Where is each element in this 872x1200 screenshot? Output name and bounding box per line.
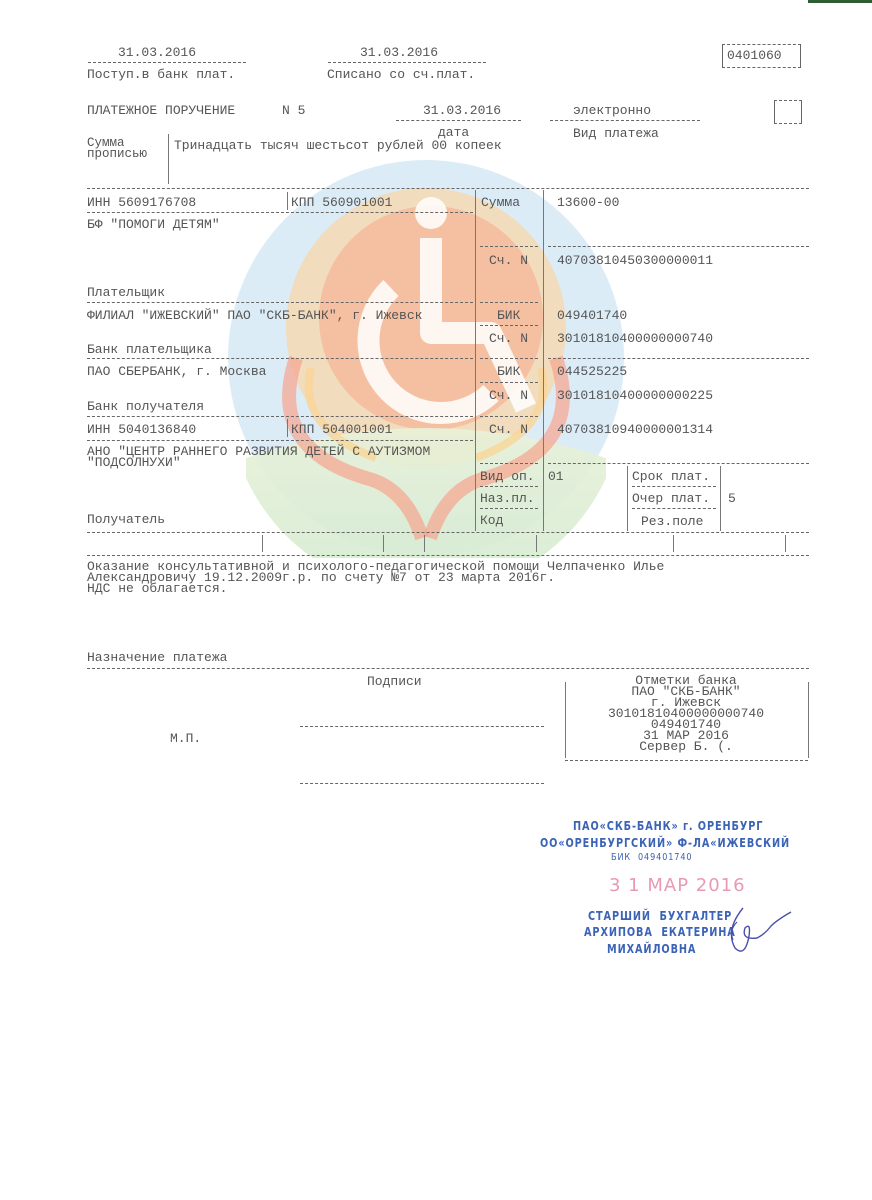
bank-marks-line: Сервер Б. (. xyxy=(639,739,733,754)
divider xyxy=(548,358,809,359)
payer-bank-account-label: Сч. N xyxy=(489,332,528,345)
payee-bank-bik-label: БИК xyxy=(497,365,520,378)
payer-label: Плательщик xyxy=(87,286,165,299)
due-date-label: Срок плат. xyxy=(632,470,710,483)
divider xyxy=(87,302,473,303)
divider xyxy=(550,120,700,121)
op-type-label: Вид оп. xyxy=(480,470,535,483)
document-number: N 5 xyxy=(282,104,305,117)
column-divider xyxy=(720,466,721,531)
signature-line xyxy=(300,783,544,784)
amount-label: Сумма xyxy=(481,196,520,209)
document-title: ПЛАТЕЖНОЕ ПОРУЧЕНИЕ xyxy=(87,104,235,117)
payee-name: АНО "ЦЕНТР РАННЕГО РАЗВИТИЯ ДЕТЕЙ С АУТИ… xyxy=(87,446,430,468)
tax-field-divider xyxy=(424,535,425,552)
debited-date: 31.03.2016 xyxy=(360,46,438,59)
divider xyxy=(87,532,809,533)
stamp-line: МИХАЙЛОВНА xyxy=(607,943,696,955)
stamp-place-label: М.П. xyxy=(170,732,201,745)
payee-bank-label: Банк получателя xyxy=(87,400,204,413)
payer-account-label: Сч. N xyxy=(489,254,528,267)
tax-field-divider xyxy=(383,535,384,552)
handwritten-signature-icon xyxy=(715,900,795,960)
divider xyxy=(328,62,486,63)
divider xyxy=(87,416,473,417)
payer-inn: ИНН 5609176708 xyxy=(87,196,196,209)
purpose-code-label: Наз.пл. xyxy=(480,492,535,505)
tax-field-divider xyxy=(673,535,674,552)
payee-account: 40703810940000001314 xyxy=(557,423,713,436)
divider xyxy=(632,486,716,487)
vertical-divider xyxy=(287,192,288,210)
vertical-divider xyxy=(168,134,169,184)
payer-bank-bik: 049401740 xyxy=(557,309,627,322)
payer-kpp: КПП 560901001 xyxy=(291,196,392,209)
divider xyxy=(480,382,538,383)
payer-bank-name: ФИЛИАЛ "ИЖЕВСКИЙ" ПАО "СКБ-БАНК", г. Иже… xyxy=(87,309,422,322)
divider xyxy=(87,555,809,556)
payer-bank-label: Банк плательщика xyxy=(87,343,212,356)
divider xyxy=(480,416,538,417)
document-date: 31.03.2016 xyxy=(423,104,501,117)
priority-value: 5 xyxy=(728,492,736,505)
signatures-label: Подписи xyxy=(367,675,422,688)
column-divider xyxy=(627,466,628,531)
vertical-divider xyxy=(287,419,288,437)
stamp-line: ОО«ОРЕНБУРГСКИЙ» Ф-ЛА«ИЖЕВСКИЙ xyxy=(540,837,790,849)
divider xyxy=(87,188,809,189)
payer-account: 40703810450300000011 xyxy=(557,254,713,267)
amount-words: Тринадцать тысяч шестьсот рублей 00 копе… xyxy=(174,139,502,152)
payment-purpose: Оказание консультативной и психолого-пед… xyxy=(87,561,664,594)
tax-field-divider xyxy=(536,535,537,552)
payer-bank-account: 30101810400000000740 xyxy=(557,332,713,345)
divider xyxy=(480,486,538,487)
divider xyxy=(480,508,538,509)
payee-account-label: Сч. N xyxy=(489,423,528,436)
payee-label: Получатель xyxy=(87,513,165,526)
column-divider xyxy=(543,190,544,531)
debited-label: Списано со сч.плат. xyxy=(327,68,475,81)
divider xyxy=(88,62,246,63)
label-line: прописью xyxy=(87,147,147,161)
stamp-date: 3 1 МАР 2016 xyxy=(609,877,746,895)
column-divider xyxy=(475,190,476,531)
bank-marks: Отметки банка ПАО "СКБ-БАНК" г. Ижевск 3… xyxy=(566,675,806,752)
payment-type: электронно xyxy=(573,104,651,117)
divider xyxy=(480,358,538,359)
payee-bank-account-label: Сч. N xyxy=(489,389,528,402)
purpose-label: Назначение платежа xyxy=(87,651,227,664)
signature-line xyxy=(300,726,544,727)
received-date: 31.03.2016 xyxy=(118,46,196,59)
form-code: 0401060 xyxy=(727,49,782,62)
divider xyxy=(480,463,538,464)
tax-field-divider xyxy=(785,535,786,552)
code-label: Код xyxy=(480,514,503,527)
payer-bank-bik-label: БИК xyxy=(497,309,520,322)
payer-name: БФ "ПОМОГИ ДЕТЯМ" xyxy=(87,218,220,231)
purpose-line: НДС не облагается. xyxy=(87,581,227,596)
payee-bank-account: 30101810400000000225 xyxy=(557,389,713,402)
bank-marks-border xyxy=(808,682,809,758)
payee-name-line: "ПОДСОЛНУХИ" xyxy=(87,455,181,470)
stamp-line: ПАО«СКБ-БАНК» г. ОРЕНБУРГ xyxy=(573,820,763,832)
divider xyxy=(87,212,473,213)
bank-marks-border xyxy=(565,760,808,761)
priority-box xyxy=(774,100,802,124)
divider xyxy=(548,463,809,464)
divider xyxy=(480,302,538,303)
stamp-line: АРХИПОВА ЕКАТЕРИНА xyxy=(584,926,736,938)
divider xyxy=(548,246,809,247)
received-label: Поступ.в банк плат. xyxy=(87,68,235,81)
payee-kpp: КПП 504001001 xyxy=(291,423,392,436)
divider xyxy=(87,358,473,359)
payee-inn: ИНН 5040136840 xyxy=(87,423,196,436)
amount-value: 13600-00 xyxy=(557,196,619,209)
op-type: 01 xyxy=(548,470,564,483)
payee-bank-bik: 044525225 xyxy=(557,365,627,378)
divider xyxy=(632,508,716,509)
divider xyxy=(480,246,538,247)
priority-label: Очер плат. xyxy=(632,492,710,505)
stamp-bik: БИК 049401740 xyxy=(611,853,692,863)
payment-type-label: Вид платежа xyxy=(573,127,659,140)
divider xyxy=(396,120,521,121)
divider xyxy=(87,668,809,669)
stamp-line: СТАРШИЙ БУХГАЛТЕР xyxy=(588,910,732,922)
reserve-label: Рез.поле xyxy=(641,515,703,528)
divider xyxy=(480,325,538,326)
amount-words-label: Сумма прописью xyxy=(87,138,147,159)
payee-bank-name: ПАО СБЕРБАНК, г. Москва xyxy=(87,365,266,378)
tax-field-divider xyxy=(262,535,263,552)
divider xyxy=(87,440,473,441)
